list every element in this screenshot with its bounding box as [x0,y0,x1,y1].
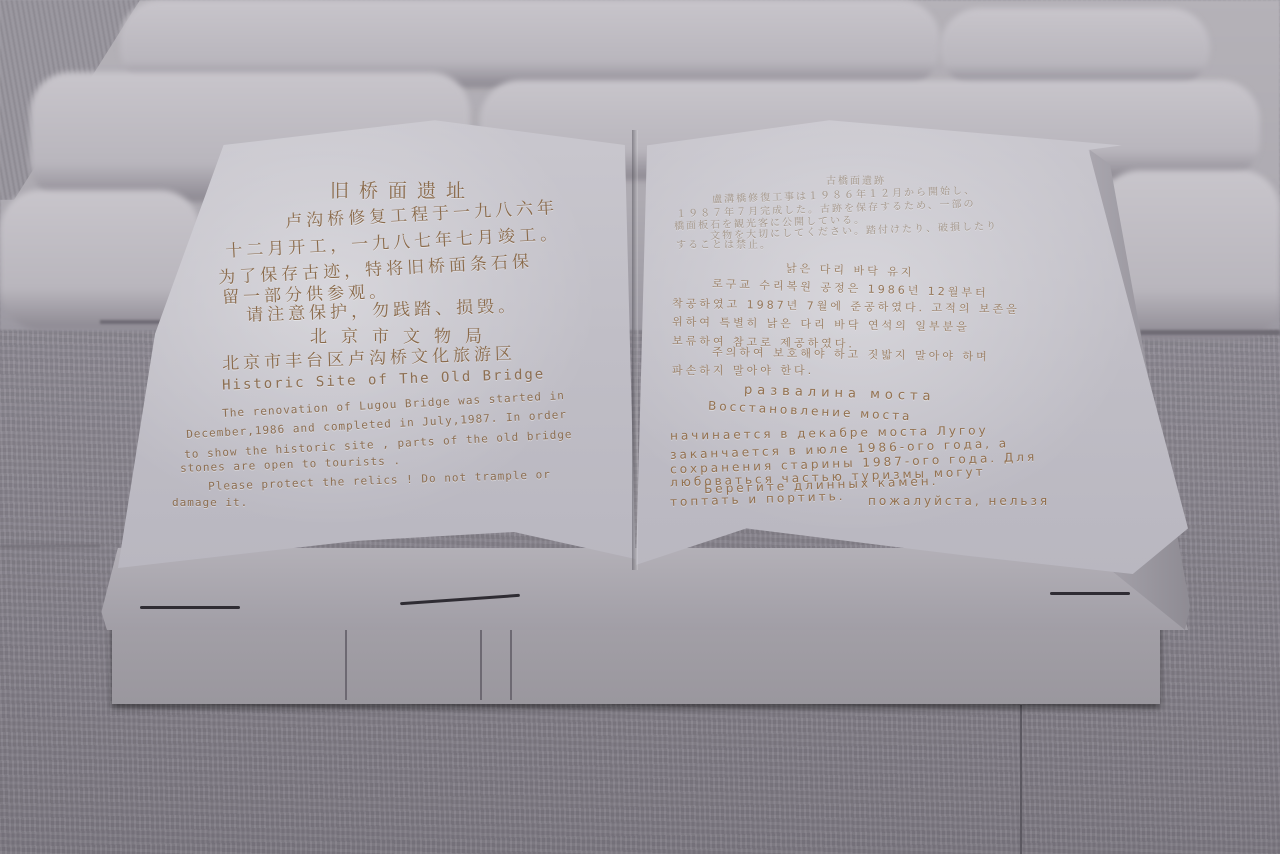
stain-mark [140,606,240,609]
stain-mark [1050,592,1130,595]
korean-line: 파손하지 말아야 한다. [672,362,814,378]
english-line: damage it. [172,496,248,509]
book-spine [632,130,638,570]
russian-line: пожалуйста, нельзя [868,494,1050,508]
stone-book-monument: 旧桥面遗址 卢沟桥修复工程于一九八六年 十二月开工，一九八七年七月竣工。 为了保… [0,0,1280,854]
japanese-line: することは禁止。 [676,236,772,251]
